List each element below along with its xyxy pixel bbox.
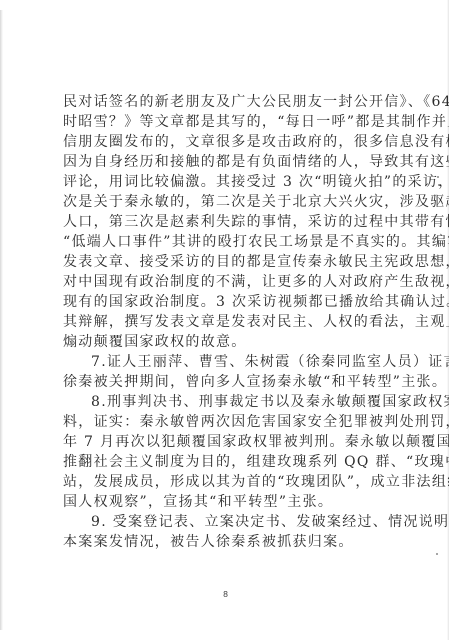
text-line: 年 7 月再次以犯颠覆国家政权罪被判刑。秦永敏以颠覆国家政权、	[63, 432, 398, 452]
text-line: 7.证人王丽萍、曹雪、朱树霞（徐秦同监室人员）证言，证实：	[63, 352, 398, 372]
text-line: 9. 受案登记表、立案决定书、发破案经过、情况说明，证实	[63, 512, 398, 532]
text-line: 人口，第三次是赵素利失踪的事情，采访的过程中其带有情绪化，	[63, 212, 398, 232]
text-line: 其辩解，撰写发表文章是发表对民主、人权的看法，主观上没有	[63, 312, 398, 332]
text-line: 次是关于秦永敏的，第二次是关于北京大兴火灾，涉及驱赶低端	[63, 192, 398, 212]
text-line: “低端人口事件”其讲的殴打农民工场景是不真实的。其编写、	[63, 232, 398, 252]
text-line: 发表文章、接受采访的目的都是宣传秦永敏民主宪政思想，表达	[63, 252, 398, 272]
paragraph-item-8: 8.刑事判决书、刑事裁定书以及秦永敏颠覆国家政权案相关材 料，证实：秦永敏曾两次…	[63, 392, 398, 512]
scan-edge-left	[0, 10, 3, 630]
page-number: 8	[223, 590, 228, 599]
scan-speck	[436, 553, 438, 555]
paragraph-item-7: 7.证人王丽萍、曹雪、朱树霞（徐秦同监室人员）证言，证实： 徐秦被关押期间，曾向…	[63, 352, 398, 392]
text-line: 料，证实：秦永敏曾两次因危害国家安全犯罪被判处刑罚，2018	[63, 412, 398, 432]
text-line: 信朋友圈发布的，文章很多是攻击政府的，很多信息没有核实，	[63, 132, 398, 152]
document-body: 民对话签名的新老朋友及广大公民朋友一封公开信》、《64 冤魂何 时昭雪？》等文章…	[63, 92, 398, 552]
document-page: 民对话签名的新老朋友及广大公民朋友一封公开信》、《64 冤魂何 时昭雪？》等文章…	[0, 0, 449, 640]
text-line: 评论，用词比较偏激。其接受过 3 次“明镜火拍”的采访，第一	[63, 172, 398, 192]
text-line: 推翻社会主义制度为目的，组建玫瑰系列 QQ 群、“玫瑰中国”网	[63, 452, 398, 472]
text-line: 站，发展成员，形成以其为首的“玫瑰团队”，成立非法组织“中	[63, 472, 398, 492]
text-line: 时昭雪？》等文章都是其写的，“每日一呼”都是其制作并且在微	[63, 112, 398, 132]
text-line: 因为自身经历和接触的都是有负面情绪的人，导致其有这些负面	[63, 152, 398, 172]
text-line: 8.刑事判决书、刑事裁定书以及秦永敏颠覆国家政权案相关材	[63, 392, 398, 412]
text-line: 现有的国家政治制度。3 次采访视频都已播放给其确认过。庭审中	[63, 292, 398, 312]
text-line: 徐秦被关押期间，曾向多人宣扬秦永敏“和平转型”主张。	[63, 372, 398, 392]
text-line: 本案案发情况，被告人徐秦系被抓获归案。	[63, 532, 398, 552]
text-line: 民对话签名的新老朋友及广大公民朋友一封公开信》、《64 冤魂何	[63, 92, 398, 112]
text-line: 煽动颠覆国家政权的故意。	[63, 332, 398, 352]
paragraph-item-9: 9. 受案登记表、立案决定书、发破案经过、情况说明，证实 本案案发情况，被告人徐…	[63, 512, 398, 552]
text-line: 对中国现有政治制度的不满，让更多的人对政府产生敌视，推翻	[63, 272, 398, 292]
text-line: 国人权观察”，宣扬其“和平转型”主张。	[63, 492, 398, 512]
paragraph-continuation: 民对话签名的新老朋友及广大公民朋友一封公开信》、《64 冤魂何 时昭雪？》等文章…	[63, 92, 398, 352]
